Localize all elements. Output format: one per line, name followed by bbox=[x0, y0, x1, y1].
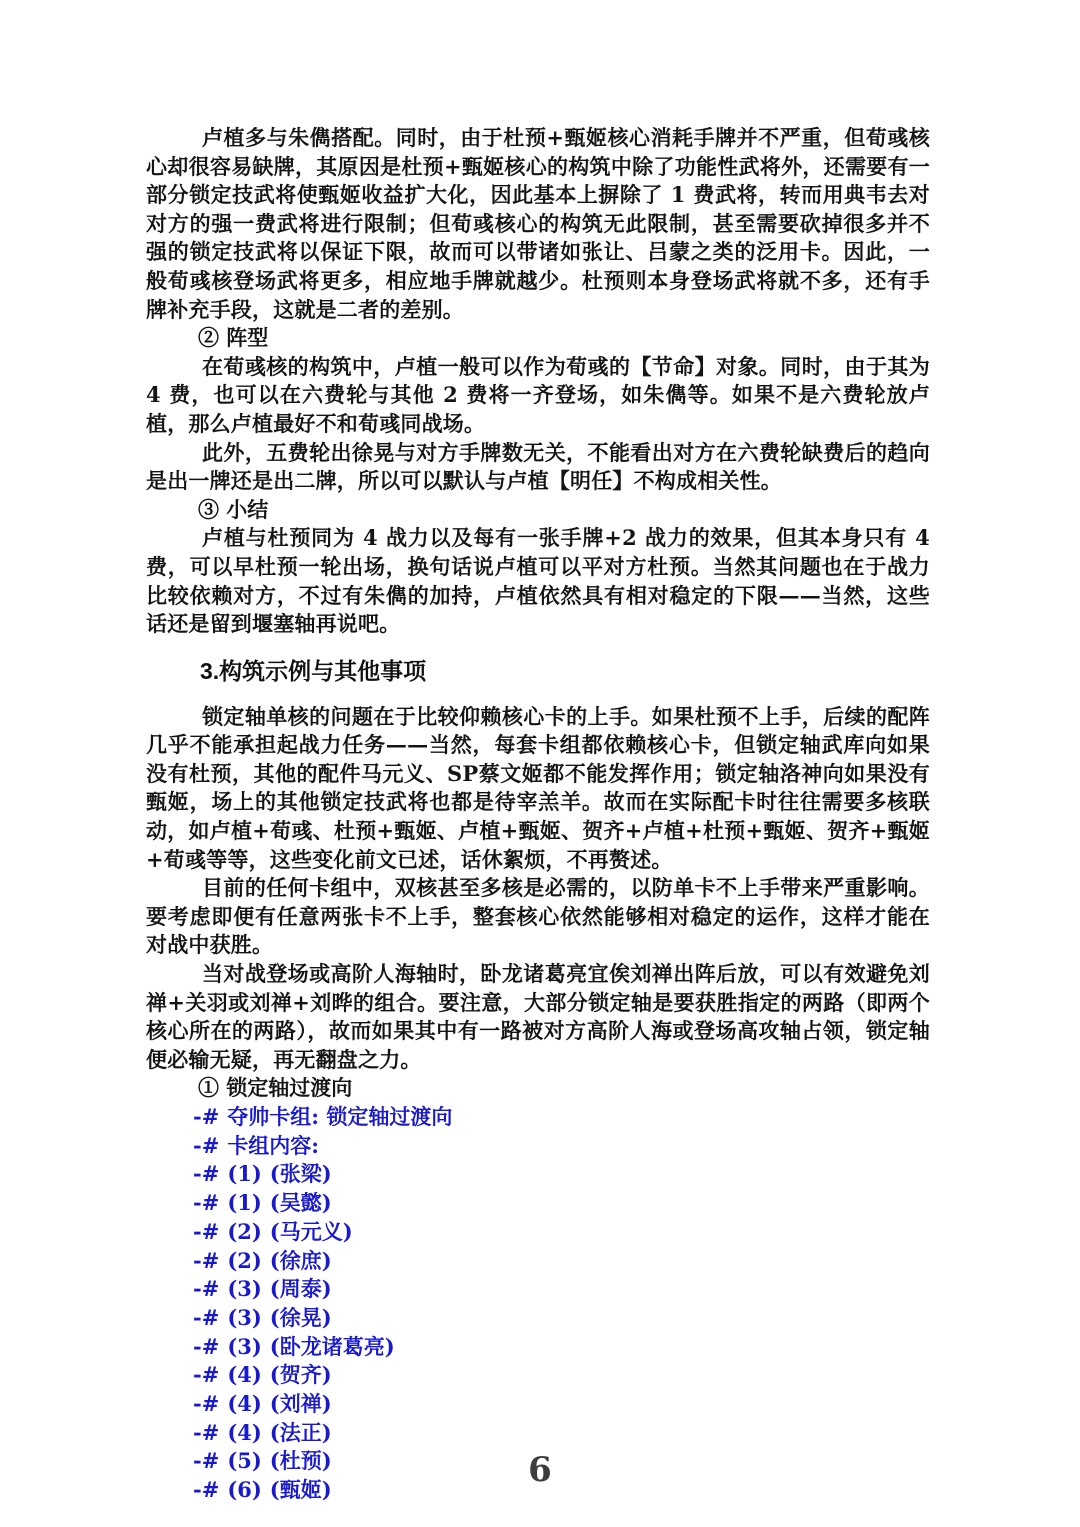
page-number: 6 bbox=[0, 1450, 1080, 1490]
deck-row-cost: (2) bbox=[227, 1218, 261, 1247]
deck-row-prefix: -# bbox=[193, 1304, 219, 1333]
deck-row-card: (卧龙诸葛亮) bbox=[270, 1333, 395, 1362]
paragraph-summary: 卢植与杜预同为 4 战力以及每有一张手牌+2 战力的效果，但其本身只有 4 费，… bbox=[146, 524, 930, 638]
deck-row-card: (刘禅) bbox=[270, 1390, 332, 1419]
deck-row-prefix: -# bbox=[193, 1390, 219, 1419]
deck-row-prefix: -# bbox=[193, 1103, 219, 1132]
deck-row-prefix: -# bbox=[193, 1361, 219, 1390]
deck-row-cost: (4) bbox=[227, 1390, 261, 1419]
deck-row-prefix: -# bbox=[193, 1419, 219, 1448]
deck-row-cost: (3) bbox=[227, 1275, 261, 1304]
deck-list-row: -#(3)(卧龙诸葛亮) bbox=[146, 1333, 930, 1362]
deck-row-card: (法正) bbox=[270, 1419, 332, 1448]
deck-row-text: 夺帅卡组: 锁定轴过渡向 bbox=[227, 1103, 452, 1132]
deck-list-row: -#(2)(徐庶) bbox=[146, 1247, 930, 1276]
deck-row-prefix: -# bbox=[193, 1218, 219, 1247]
deck-row-card: (张梁) bbox=[270, 1160, 332, 1189]
deck-row-cost: (3) bbox=[227, 1304, 261, 1333]
deck-row-card: (徐庶) bbox=[270, 1247, 332, 1276]
page-content: 卢植多与朱儁搭配。同时，由于杜预+甄姬核心消耗手牌并不严重，但荀彧核心却很容易缺… bbox=[146, 124, 930, 1505]
deck-row-prefix: -# bbox=[193, 1160, 219, 1189]
deck-row-prefix: -# bbox=[193, 1333, 219, 1362]
deck-row-prefix: -# bbox=[193, 1189, 219, 1218]
deck-list-row: -#(3)(周泰) bbox=[146, 1275, 930, 1304]
deck-list: -#夺帅卡组: 锁定轴过渡向 -#卡组内容: -#(1)(张梁) -#(1)(吴… bbox=[146, 1103, 930, 1505]
subheading-summary: ③ 小结 bbox=[146, 496, 930, 525]
subheading-formation: ② 阵型 bbox=[146, 324, 930, 353]
section-heading-build-examples: 3.构筑示例与其他事项 bbox=[146, 656, 930, 686]
paragraph-build-2: 目前的任何卡组中，双核甚至多核是必需的，以防单卡不上手带来严重影响。要考虑即便有… bbox=[146, 874, 930, 960]
deck-list-row: -#(3)(徐晃) bbox=[146, 1304, 930, 1333]
deck-row-cost: (4) bbox=[227, 1419, 261, 1448]
deck-row-cost: (2) bbox=[227, 1247, 261, 1276]
deck-row-card: (徐晃) bbox=[270, 1304, 332, 1333]
deck-row-prefix: -# bbox=[193, 1132, 219, 1161]
deck-row-prefix: -# bbox=[193, 1247, 219, 1276]
subheading-transition-axis: ① 锁定轴过渡向 bbox=[146, 1074, 930, 1103]
deck-row-text: 卡组内容: bbox=[227, 1132, 319, 1161]
paragraph-build-3: 当对战登场或高阶人海轴时，卧龙诸葛亮宜俟刘禅出阵后放，可以有效避免刘禅+关羽或刘… bbox=[146, 960, 930, 1074]
deck-list-row: -#(4)(法正) bbox=[146, 1419, 930, 1448]
deck-list-row: -#(4)(刘禅) bbox=[146, 1390, 930, 1419]
deck-list-row: -#(1)(吴懿) bbox=[146, 1189, 930, 1218]
deck-row-card: (贺齐) bbox=[270, 1361, 332, 1390]
deck-row-prefix: -# bbox=[193, 1275, 219, 1304]
paragraph-formation-1: 在荀彧核的构筑中，卢植一般可以作为荀彧的【节命】对象。同时，由于其为 4 费，也… bbox=[146, 353, 930, 439]
paragraph-build-1: 锁定轴单核的问题在于比较仰赖核心卡的上手。如果杜预不上手，后续的配阵几乎不能承担… bbox=[146, 703, 930, 875]
deck-list-row: -#(4)(贺齐) bbox=[146, 1361, 930, 1390]
document-page: 卢植多与朱儁搭配。同时，由于杜预+甄姬核心消耗手牌并不严重，但荀彧核心却很容易缺… bbox=[0, 0, 1080, 1527]
deck-row-card: (周泰) bbox=[270, 1275, 332, 1304]
deck-list-row: -#夺帅卡组: 锁定轴过渡向 bbox=[146, 1103, 930, 1132]
deck-row-cost: (1) bbox=[227, 1189, 261, 1218]
deck-row-cost: (1) bbox=[227, 1160, 261, 1189]
deck-row-cost: (3) bbox=[227, 1333, 261, 1362]
deck-list-row: -#(1)(张梁) bbox=[146, 1160, 930, 1189]
deck-list-row: -#卡组内容: bbox=[146, 1132, 930, 1161]
paragraph-luzhi-zhujun: 卢植多与朱儁搭配。同时，由于杜预+甄姬核心消耗手牌并不严重，但荀彧核心却很容易缺… bbox=[146, 124, 930, 324]
deck-list-row: -#(2)(马元义) bbox=[146, 1218, 930, 1247]
paragraph-formation-2: 此外，五费轮出徐晃与对方手牌数无关，不能看出对方在六费轮缺费后的趋向是出一牌还是… bbox=[146, 439, 930, 496]
deck-row-card: (吴懿) bbox=[270, 1189, 332, 1218]
deck-row-card: (马元义) bbox=[270, 1218, 353, 1247]
deck-row-cost: (4) bbox=[227, 1361, 261, 1390]
